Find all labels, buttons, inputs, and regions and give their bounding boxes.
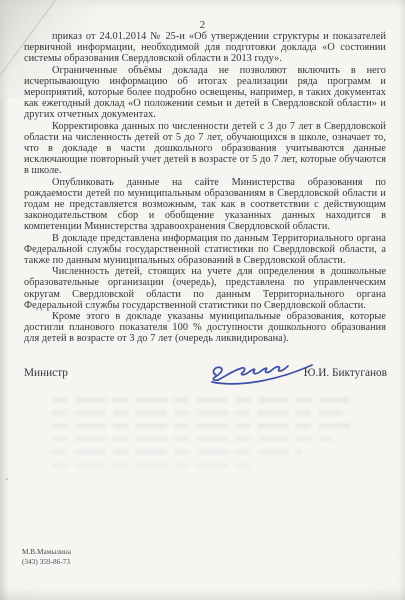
page-number: 2 — [0, 19, 405, 31]
bleed-through-line — [52, 450, 302, 454]
bleed-through-line — [52, 398, 358, 402]
signature-block: Министр Ю.И. Биктуганов — [24, 352, 387, 394]
paragraph-queue-data: Численность детей, стоящих на учете для … — [24, 266, 386, 311]
bleed-through-line — [52, 463, 252, 467]
paragraph-100-percent-access: Кроме этого в докладе указаны муниципаль… — [24, 311, 386, 345]
paragraph-statistics-source: В докладе представлена информация по дан… — [24, 233, 386, 267]
executor-phone: (343) 359-86-73 — [22, 557, 71, 567]
handwritten-signature — [202, 354, 320, 390]
signer-role-label: Министр — [24, 367, 68, 379]
paragraph-data-correction: Корректировка данных по численности дете… — [24, 121, 386, 177]
scanned-document-page: 2 приказ от 24.01.2014 № 25-и «Об утверж… — [0, 0, 405, 600]
bleed-through-line — [52, 411, 342, 415]
executor-name: М.В.Мамылина — [22, 547, 71, 557]
paragraph-limited-volume: Ограниченные объёмы доклада не позволяют… — [24, 65, 386, 121]
bleed-through-line — [52, 437, 332, 441]
paragraph-publication-impossible: Опубликовать данные на сайте Министерств… — [24, 177, 386, 233]
bleed-through-line — [52, 424, 358, 428]
document-body: приказ от 24.01.2014 № 25-и «Об утвержде… — [24, 31, 386, 345]
signer-name: Ю.И. Биктуганов — [304, 367, 387, 379]
paragraph-order-reference: приказ от 24.01.2014 № 25-и «Об утвержде… — [24, 31, 386, 65]
executor-contact-block: М.В.Мамылина (343) 359-86-73 — [22, 547, 71, 566]
scan-speck — [6, 478, 8, 480]
